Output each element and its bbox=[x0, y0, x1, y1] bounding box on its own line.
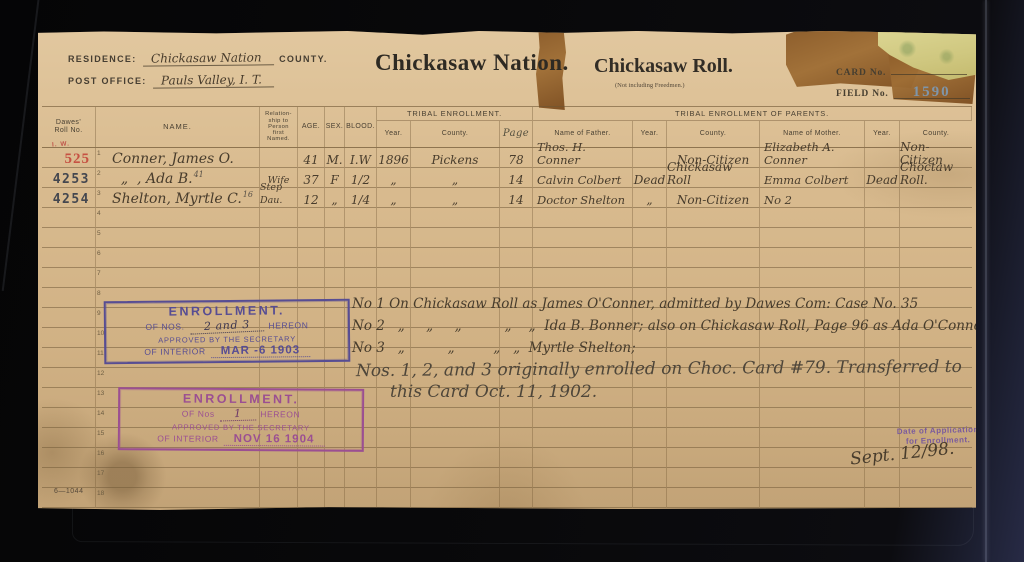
cell-te-page: 78 bbox=[500, 148, 533, 168]
cell-father-county bbox=[667, 248, 760, 268]
cell-te-county bbox=[411, 488, 500, 508]
cell-te-year bbox=[377, 468, 411, 488]
cell-relationship: Step Dau. bbox=[260, 188, 298, 208]
cell-mother-county bbox=[900, 388, 972, 408]
cell-blood: 1/2 bbox=[345, 168, 377, 188]
cell-row-number: 7 bbox=[96, 268, 108, 288]
residence-line: RESIDENCE: Chickasaw Nation COUNTY. bbox=[68, 52, 328, 66]
cell-mother-county bbox=[900, 208, 972, 228]
cell-father bbox=[533, 448, 633, 468]
cell-row-number: 3 bbox=[96, 188, 108, 208]
cell-row-number: 13 bbox=[96, 388, 108, 408]
cell-row-number: 12 bbox=[96, 368, 108, 388]
stamp-hereon-label: HEREON bbox=[260, 409, 300, 419]
cell-dawes-roll bbox=[42, 408, 96, 428]
cell-father-county bbox=[667, 488, 760, 508]
cell-te-county bbox=[411, 468, 500, 488]
cell-mother-year bbox=[865, 188, 900, 208]
header-name: NAME. bbox=[96, 107, 260, 147]
cell-father-year bbox=[633, 268, 667, 288]
cell-te-page: 14 bbox=[500, 168, 533, 188]
cell-father-year bbox=[633, 408, 667, 428]
cell-te-county bbox=[411, 408, 500, 428]
stamp-of-label: OF Nos bbox=[182, 409, 215, 419]
cell-father-county bbox=[667, 408, 760, 428]
note-line-1: No 1 On Chickasaw Roll as James O'Conner… bbox=[352, 296, 918, 312]
stamp-title: ENROLLMENT. bbox=[128, 391, 354, 407]
cell-blood bbox=[345, 228, 377, 248]
cell-te-county: „ bbox=[411, 168, 500, 188]
cell-dawes-roll bbox=[42, 328, 96, 348]
cell-relationship bbox=[260, 148, 298, 168]
cell-te-year: „ bbox=[377, 168, 411, 188]
stamp-approved-line: APPROVED BY THE SECRETARY bbox=[128, 422, 354, 433]
pencil-superscript: 16 bbox=[243, 190, 253, 199]
cell-mother bbox=[760, 428, 865, 448]
cell-father-year bbox=[633, 208, 667, 228]
cell-dawes-roll bbox=[42, 348, 96, 368]
cell-blood: 1/4 bbox=[345, 188, 377, 208]
cell-row-number: 17 bbox=[96, 468, 108, 488]
cell-age bbox=[298, 268, 325, 288]
cell-father-year: „ bbox=[633, 188, 667, 208]
residence-label: RESIDENCE: bbox=[68, 54, 137, 64]
cell-mother-county bbox=[900, 468, 972, 488]
cell-row-number: 5 bbox=[96, 228, 108, 248]
cell-row-number: 4 bbox=[96, 208, 108, 228]
cell-name bbox=[108, 228, 260, 248]
cell-dawes-roll bbox=[42, 308, 96, 328]
stamp-interior-label: OF INTERIOR bbox=[144, 346, 205, 357]
header-te-year: Year. bbox=[377, 121, 411, 147]
cell-te-page: 14 bbox=[500, 188, 533, 208]
pencil-superscript: 41 bbox=[194, 170, 204, 179]
cell-dawes-roll bbox=[42, 288, 96, 308]
cell-te-year bbox=[377, 268, 411, 288]
cell-te-page bbox=[500, 488, 533, 508]
cell-father-year bbox=[633, 248, 667, 268]
cell-sex: „ bbox=[325, 188, 345, 208]
cell-father-year: Dead bbox=[633, 168, 667, 188]
cell-te-county bbox=[411, 428, 500, 448]
cell-mother-county: Choctaw Roll. bbox=[900, 168, 972, 188]
cell-mother-year bbox=[865, 488, 900, 508]
cell-name bbox=[108, 268, 260, 288]
cell-te-county bbox=[411, 248, 500, 268]
cell-father-county bbox=[667, 428, 760, 448]
cell-mother bbox=[760, 408, 865, 428]
cell-blood: I.W bbox=[345, 148, 377, 168]
cell-dawes-roll: 525I. W. bbox=[42, 148, 96, 168]
cell-age: 37 bbox=[298, 168, 325, 188]
cell-dawes-roll bbox=[42, 208, 96, 228]
cell-age bbox=[298, 248, 325, 268]
cell-mother-year bbox=[865, 208, 900, 228]
cell-name: Shelton, Myrtle C.16 bbox=[108, 188, 260, 208]
header-te-page: Page bbox=[500, 121, 533, 147]
stamp-date: NOV 16 1904 bbox=[224, 433, 325, 447]
cell-name bbox=[108, 468, 260, 488]
cell-father-year bbox=[633, 148, 667, 168]
cell-name: Conner, James O. bbox=[108, 148, 260, 168]
cell-te-year: 1896 bbox=[377, 148, 411, 168]
cell-mother bbox=[760, 228, 865, 248]
cell-age: 12 bbox=[298, 188, 325, 208]
cell-relationship bbox=[260, 208, 298, 228]
cell-father-year bbox=[633, 448, 667, 468]
cell-relationship bbox=[260, 268, 298, 288]
cell-name bbox=[108, 448, 260, 468]
enrollment-stamp-nov-1904: ENROLLMENT. OF Nos 1 HEREON APPROVED BY … bbox=[118, 387, 364, 452]
sleeve-edge-right bbox=[985, 0, 987, 562]
cell-row-number: 14 bbox=[96, 408, 108, 428]
cell-row-number: 15 bbox=[96, 428, 108, 448]
header-father-year: Year. bbox=[633, 121, 667, 147]
cell-sex: F bbox=[325, 168, 345, 188]
cell-name bbox=[108, 248, 260, 268]
cell-dawes-roll bbox=[42, 468, 96, 488]
cell-dawes-roll bbox=[42, 388, 96, 408]
residence-value: Chickasaw Nation bbox=[142, 51, 273, 66]
cell-father-county: Chickasaw Roll bbox=[667, 168, 760, 188]
page-subtitle: Chickasaw Roll. bbox=[594, 55, 733, 78]
cell-relationship bbox=[260, 228, 298, 248]
cell-sex bbox=[325, 208, 345, 228]
red-roll-annotation: I. W. bbox=[52, 140, 70, 148]
cell-mother-year bbox=[865, 228, 900, 248]
card-no-blank bbox=[891, 64, 967, 75]
cell-mother-county bbox=[900, 248, 972, 268]
note-line-2: No 2 „ „ „ „ „ Ida B. Bonner; also on Ch… bbox=[352, 318, 988, 334]
cell-father bbox=[533, 248, 633, 268]
cell-te-page bbox=[500, 248, 533, 268]
stamp-interior-label: OF INTERIOR bbox=[157, 433, 218, 443]
cell-father: Doctor Shelton bbox=[533, 188, 633, 208]
cell-te-page bbox=[500, 408, 533, 428]
header-age: AGE. bbox=[298, 107, 325, 147]
cell-mother-year bbox=[865, 248, 900, 268]
cell-name bbox=[108, 208, 260, 228]
cell-te-county: Pickens bbox=[411, 148, 500, 168]
cell-name bbox=[108, 368, 260, 388]
cell-father-year bbox=[633, 488, 667, 508]
cell-age: 41 bbox=[298, 148, 325, 168]
cell-sex bbox=[325, 228, 345, 248]
cell-mother bbox=[760, 248, 865, 268]
cell-te-year: „ bbox=[377, 188, 411, 208]
note-line-4: Nos. 1, 2, and 3 originally enrolled on … bbox=[356, 357, 962, 381]
cell-blood bbox=[345, 208, 377, 228]
subtitle-note: (Not including Freedmen.) bbox=[615, 82, 685, 89]
cell-mother: Elizabeth A. Conner bbox=[760, 148, 865, 168]
header-father-county: County. bbox=[667, 121, 760, 147]
cell-sex: M. bbox=[325, 148, 345, 168]
cell-father: Thos. H. Conner bbox=[533, 148, 633, 168]
sleeve-edge-left bbox=[2, 0, 41, 291]
cell-father bbox=[533, 428, 633, 448]
cell-father-year bbox=[633, 428, 667, 448]
cell-age bbox=[298, 368, 325, 388]
cell-name: „ , Ada B.41 bbox=[108, 168, 260, 188]
enrollment-stamp-mar-1903: ENROLLMENT. OF NOS. 2 and 3 HEREON APPRO… bbox=[104, 299, 351, 365]
stamp-numbers-handwritten: 2 and 3 bbox=[189, 317, 263, 334]
cell-row-number: 18 bbox=[96, 488, 108, 508]
cell-mother bbox=[760, 208, 865, 228]
cell-te-year bbox=[377, 448, 411, 468]
cell-father bbox=[533, 488, 633, 508]
field-no-line: FIELD No. 1590 bbox=[836, 86, 970, 99]
stamp-date: MAR -6 1903 bbox=[211, 344, 311, 358]
cell-age bbox=[298, 208, 325, 228]
cell-father-county bbox=[667, 268, 760, 288]
cell-te-year bbox=[377, 488, 411, 508]
cell-dawes-roll: 4254 bbox=[42, 188, 96, 208]
cell-sex bbox=[325, 488, 345, 508]
note-line-5: this Card Oct. 11, 1902. bbox=[390, 382, 597, 402]
stamp-of-label: OF NOS. bbox=[145, 321, 184, 331]
cell-te-year bbox=[377, 428, 411, 448]
cell-relationship bbox=[260, 488, 298, 508]
cell-te-year bbox=[377, 208, 411, 228]
cell-dawes-roll: 4253 bbox=[42, 168, 96, 188]
cell-age bbox=[298, 468, 325, 488]
cell-dawes-roll bbox=[42, 268, 96, 288]
cell-te-county bbox=[411, 208, 500, 228]
cell-dawes-roll bbox=[42, 248, 96, 268]
post-office-value: Pauls Valley, I. T. bbox=[153, 73, 274, 88]
cell-father bbox=[533, 208, 633, 228]
cell-te-county bbox=[411, 228, 500, 248]
county-label: COUNTY. bbox=[279, 54, 328, 64]
cell-mother-county bbox=[900, 228, 972, 248]
cell-sex bbox=[325, 248, 345, 268]
header-te-county: County. bbox=[411, 121, 500, 147]
cell-blood bbox=[345, 248, 377, 268]
stamp-hereon-label: HEREON bbox=[268, 320, 308, 330]
cell-father bbox=[533, 268, 633, 288]
cell-row-number: 1 bbox=[96, 148, 108, 168]
cell-father-county bbox=[667, 468, 760, 488]
cell-father-county: Non-Citizen bbox=[667, 188, 760, 208]
cell-te-county bbox=[411, 448, 500, 468]
cell-mother: Emma Colbert bbox=[760, 168, 865, 188]
cell-father-year bbox=[633, 228, 667, 248]
cell-mother bbox=[760, 388, 865, 408]
cell-te-page bbox=[500, 228, 533, 248]
cell-sex bbox=[325, 368, 345, 388]
header-mother-year: Year. bbox=[865, 121, 900, 147]
card-no-line: CARD No. bbox=[836, 64, 967, 78]
stamp-title: ENROLLMENT. bbox=[114, 303, 340, 319]
cell-name bbox=[108, 488, 260, 508]
cell-blood bbox=[345, 468, 377, 488]
cell-father-year bbox=[633, 468, 667, 488]
cell-mother: No 2 bbox=[760, 188, 865, 208]
cell-mother-county bbox=[900, 188, 972, 208]
page-title: Chickasaw Nation. bbox=[375, 50, 569, 76]
form-number: 6—1044 bbox=[54, 488, 83, 495]
cell-te-county: „ bbox=[411, 188, 500, 208]
field-no-value: 1590 bbox=[894, 86, 970, 99]
cell-row-number: 16 bbox=[96, 448, 108, 468]
cell-mother-year bbox=[865, 408, 900, 428]
cell-father-county bbox=[667, 448, 760, 468]
cell-sex bbox=[325, 268, 345, 288]
cell-dawes-roll bbox=[42, 428, 96, 448]
stamp-numbers-handwritten: 1 bbox=[220, 406, 256, 421]
cell-age bbox=[298, 488, 325, 508]
cell-te-page bbox=[500, 268, 533, 288]
cell-row-number: 2 bbox=[96, 168, 108, 188]
field-no-label: FIELD No. bbox=[836, 89, 889, 99]
cell-age bbox=[298, 228, 325, 248]
cell-mother-county bbox=[900, 268, 972, 288]
cell-father-county bbox=[667, 388, 760, 408]
card-no-label: CARD No. bbox=[836, 68, 886, 78]
cell-mother bbox=[760, 468, 865, 488]
cell-mother-year bbox=[865, 148, 900, 168]
cell-father-year bbox=[633, 388, 667, 408]
cell-father-county bbox=[667, 228, 760, 248]
cell-mother-year: Dead bbox=[865, 168, 900, 188]
cell-dawes-roll bbox=[42, 448, 96, 468]
cell-dawes-roll bbox=[42, 228, 96, 248]
header-tribal-enrollment: TRIBAL ENROLLMENT. bbox=[377, 107, 533, 121]
cell-blood bbox=[345, 268, 377, 288]
cell-row-number: 6 bbox=[96, 248, 108, 268]
cell-te-year bbox=[377, 228, 411, 248]
header-parents: TRIBAL ENROLLMENT OF PARENTS. bbox=[533, 107, 972, 121]
post-office-label: POST OFFICE: bbox=[68, 76, 147, 86]
cell-father-county bbox=[667, 208, 760, 228]
cell-mother-county bbox=[900, 488, 972, 508]
cell-dawes-roll bbox=[42, 368, 96, 388]
cell-mother bbox=[760, 488, 865, 508]
cell-mother-year bbox=[865, 268, 900, 288]
enrollment-card: RESIDENCE: Chickasaw Nation COUNTY. POST… bbox=[38, 30, 976, 510]
cell-te-year bbox=[377, 408, 411, 428]
cell-father bbox=[533, 408, 633, 428]
cell-father bbox=[533, 228, 633, 248]
cell-mother-year bbox=[865, 468, 900, 488]
cell-te-county bbox=[411, 268, 500, 288]
cell-father: Calvin Colbert bbox=[533, 168, 633, 188]
cell-te-year bbox=[377, 248, 411, 268]
cell-father bbox=[533, 468, 633, 488]
header-sex: SEX. bbox=[325, 107, 345, 147]
cell-relationship bbox=[260, 468, 298, 488]
note-line-3: No 3 „ „ „ „ Myrtle Shelton; bbox=[352, 340, 636, 356]
cell-mother bbox=[760, 268, 865, 288]
cell-te-page bbox=[500, 448, 533, 468]
post-office-line: POST OFFICE: Pauls Valley, I. T. bbox=[68, 74, 280, 88]
cell-relationship bbox=[260, 248, 298, 268]
cell-relationship bbox=[260, 368, 298, 388]
header-blood: BLOOD. bbox=[345, 107, 377, 147]
cell-te-page bbox=[500, 428, 533, 448]
cell-te-page bbox=[500, 468, 533, 488]
cell-sex bbox=[325, 468, 345, 488]
cell-blood bbox=[345, 488, 377, 508]
header-relationship: Relation- ship to Person first Named. bbox=[260, 107, 298, 147]
cell-mother-year bbox=[865, 388, 900, 408]
cell-te-page bbox=[500, 208, 533, 228]
